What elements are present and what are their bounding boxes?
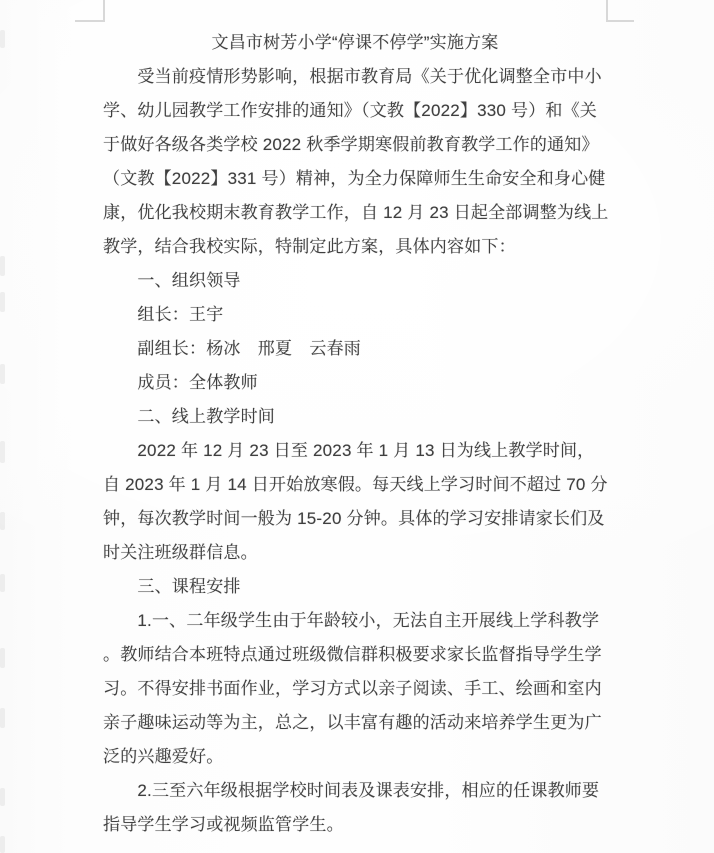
boundary-mark-vertical [103,0,105,22]
text-line: 组长：王宇 [103,298,607,332]
text-line: 受当前疫情形势影响，根据市教育局《关于优化调整全市中小 [103,60,607,94]
text-line: 泛的兴趣爱好。 [103,740,607,774]
text-line: 副组长：杨冰 邢夏 云春雨 [103,332,607,366]
scan-artifact [0,256,5,276]
boundary-mark-horizontal [606,20,634,22]
scan-artifact [0,30,5,48]
text-line: 2.三至六年级根据学校时间表及课表安排，相应的任课教师要 [103,774,607,808]
document-title: 文昌市树芳小学“停课不停学”实施方案 [103,26,607,60]
document-text-column: 文昌市树芳小学“停课不停学”实施方案 受当前疫情形势影响，根据市教育局《关于优化… [103,26,607,842]
scan-artifact [0,364,5,384]
document-body: 受当前疫情形势影响，根据市教育局《关于优化调整全市中小学、幼儿园教学工作安排的通… [103,60,607,842]
scan-artifact [0,574,5,592]
boundary-mark-horizontal [75,20,103,22]
text-line: 自 2023 年 1 月 14 日开始放寒假。每天线上学习时间不超过 70 分 [103,468,607,502]
scan-artifact [0,441,5,463]
text-line: 成员：全体教师 [103,366,607,400]
text-line: 时关注班级群信息。 [103,536,607,570]
text-line: 亲子趣味运动等为主，总之，以丰富有趣的活动来培养学生更为广 [103,706,607,740]
text-line: 。教师结合本班特点通过班级微信群积极要求家长监督指导学生学 [103,638,607,672]
scan-artifact [0,512,5,530]
text-line: 康，优化我校期末教育教学工作，自 12 月 23 日起全部调整为线上 [103,196,607,230]
text-boundary-mark-right [606,0,636,22]
boundary-mark-vertical [606,0,608,22]
text-line: 指导学生学习或视频监管学生。 [103,808,607,842]
text-line: 习。不得安排书面作业，学习方式以亲子阅读、手工、绘画和室内 [103,672,607,706]
scan-artifact [0,708,5,728]
text-line: 2022 年 12 月 23 日至 2023 年 1 月 13 日为线上教学时间… [103,434,607,468]
text-line: （文教【2022】331 号）精神，为全力保障师生生命安全和身心健 [103,162,607,196]
text-line: 学、幼儿园教学工作安排的通知》（文教【2022】330 号）和《关 [103,94,607,128]
text-line: 于做好各级各类学校 2022 秋季学期寒假前教育教学工作的通知》 [103,128,607,162]
text-line: 钟，每次教学时间一般为 15-20 分钟。具体的学习安排请家长们及 [103,502,607,536]
text-line: 一、组织领导 [103,264,607,298]
scan-artifact [0,648,5,668]
scan-artifact [0,836,5,853]
text-boundary-mark-left [75,0,105,22]
text-line: 二、线上教学时间 [103,400,607,434]
text-line: 教学，结合我校实际，特制定此方案，具体内容如下： [103,230,607,264]
scan-artifact [0,292,5,312]
scan-artifact [0,788,5,806]
text-line: 三、课程安排 [103,570,607,604]
text-line: 1.一、二年级学生由于年龄较小，无法自主开展线上学科教学 [103,604,607,638]
